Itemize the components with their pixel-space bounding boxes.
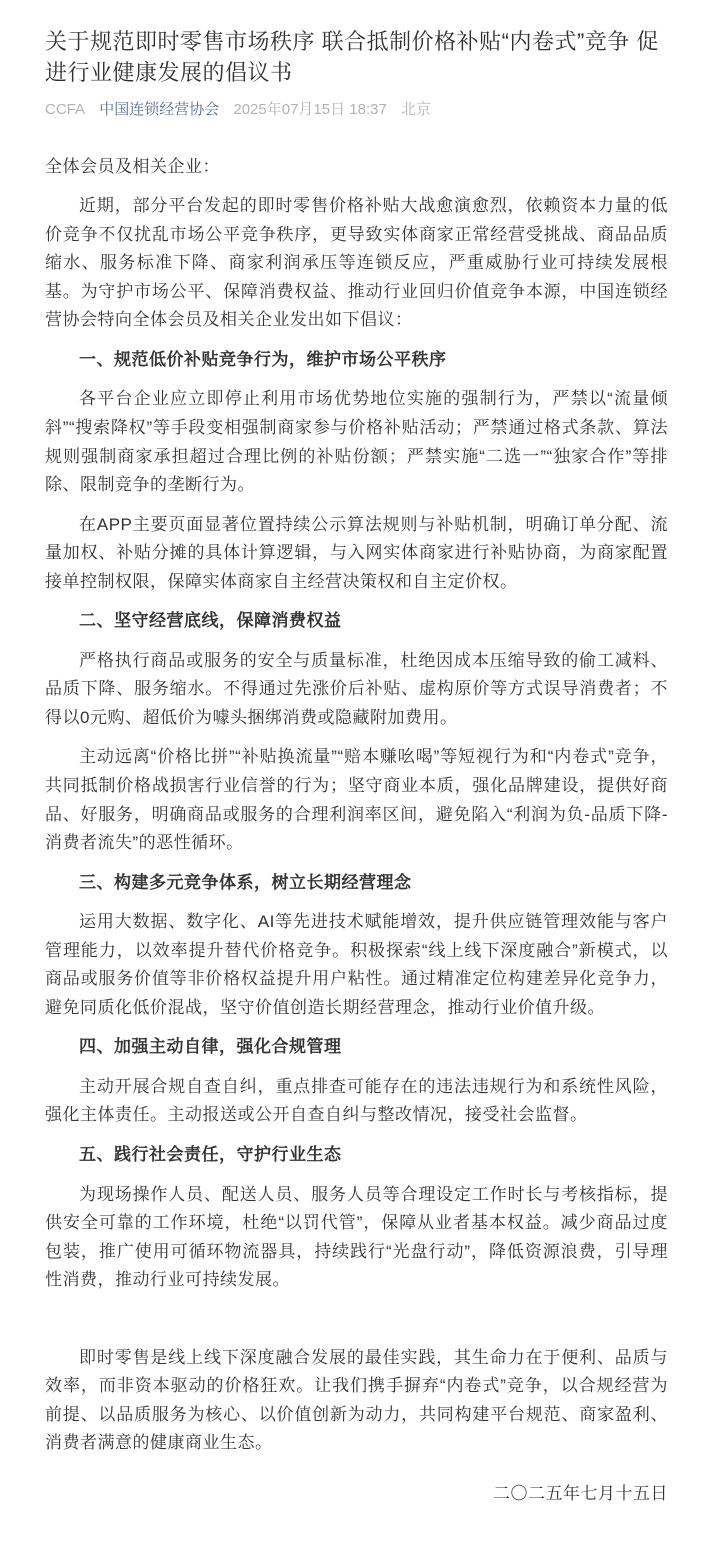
section5-paragraph-1: 为现场操作人员、配送人员、服务人员等合理设定工作时长与考核指标，提供安全可靠的工… xyxy=(45,1181,668,1295)
account-link[interactable]: 中国连锁经营协会 xyxy=(99,101,219,118)
intro-paragraph: 近期，部分平台发起的即时零售价格补贴大战愈演愈烈，依赖资本力量的低价竞争不仅扰乱… xyxy=(45,192,668,335)
section1-paragraph-2: 在APP主要页面显著位置持续公示算法规则与补贴机制，明确订单分配、流量加权、补贴… xyxy=(45,511,668,597)
section2-paragraph-1: 严格执行商品或服务的安全与质量标准，杜绝因成本压缩导致的偷工减料、品质下降、服务… xyxy=(45,647,668,733)
page-title: 关于规范即时零售市场秩序 联合抵制价格补贴“内卷式”竞争 促进行业健康发展的倡议… xyxy=(45,27,668,89)
article-page: { "article": { "title": "关于规范即时零售市场秩序 联合… xyxy=(0,0,714,1548)
section3-paragraph-1: 运用大数据、数字化、AI等先进技术赋能增效，提升供应链管理效能与客户管理能力，以… xyxy=(45,908,668,1022)
article-body: 全体会员及相关企业： 近期，部分平台发起的即时零售价格补贴大战愈演愈烈，依赖资本… xyxy=(45,153,668,1509)
section5-heading: 五、践行社会责任，守护行业生态 xyxy=(45,1141,668,1170)
section2-paragraph-2: 主动远离“价格比拼”“补贴换流量”“赔本赚吆喝”等短视行为和“内卷式”竞争，共同… xyxy=(45,743,668,857)
greeting-line: 全体会员及相关企业： xyxy=(45,153,668,182)
paragraph-spacer xyxy=(45,1306,668,1344)
section3-heading: 三、构建多元竞争体系，树立长期经营理念 xyxy=(45,869,668,898)
byline: CCFA 中国连锁经营协会 2025年07月15日 18:37 北京 xyxy=(45,99,668,120)
section1-paragraph-1: 各平台企业应立即停止利用市场优势地位实施的强制行为，严禁以“流量倾斜”“搜索降权… xyxy=(45,385,668,499)
publish-location: 北京 xyxy=(401,101,431,118)
closing-paragraph: 即时零售是线上线下深度融合发展的最佳实践，其生命力在于便利、品质与效率，而非资本… xyxy=(45,1344,668,1458)
publish-time: 2025年07月15日 18:37 xyxy=(233,101,386,118)
signature-date: 二〇二五年七月十五日 xyxy=(45,1480,668,1509)
section4-heading: 四、加强主动自律，强化合规管理 xyxy=(45,1033,668,1062)
author-label: CCFA xyxy=(45,101,85,118)
section4-paragraph-1: 主动开展合规自查自纠，重点排查可能存在的违法违规行为和系统性风险，强化主体责任。… xyxy=(45,1073,668,1130)
section1-heading: 一、规范低价补贴竞争行为，维护市场公平秩序 xyxy=(45,346,668,375)
section2-heading: 二、坚守经营底线，保障消费权益 xyxy=(45,607,668,636)
